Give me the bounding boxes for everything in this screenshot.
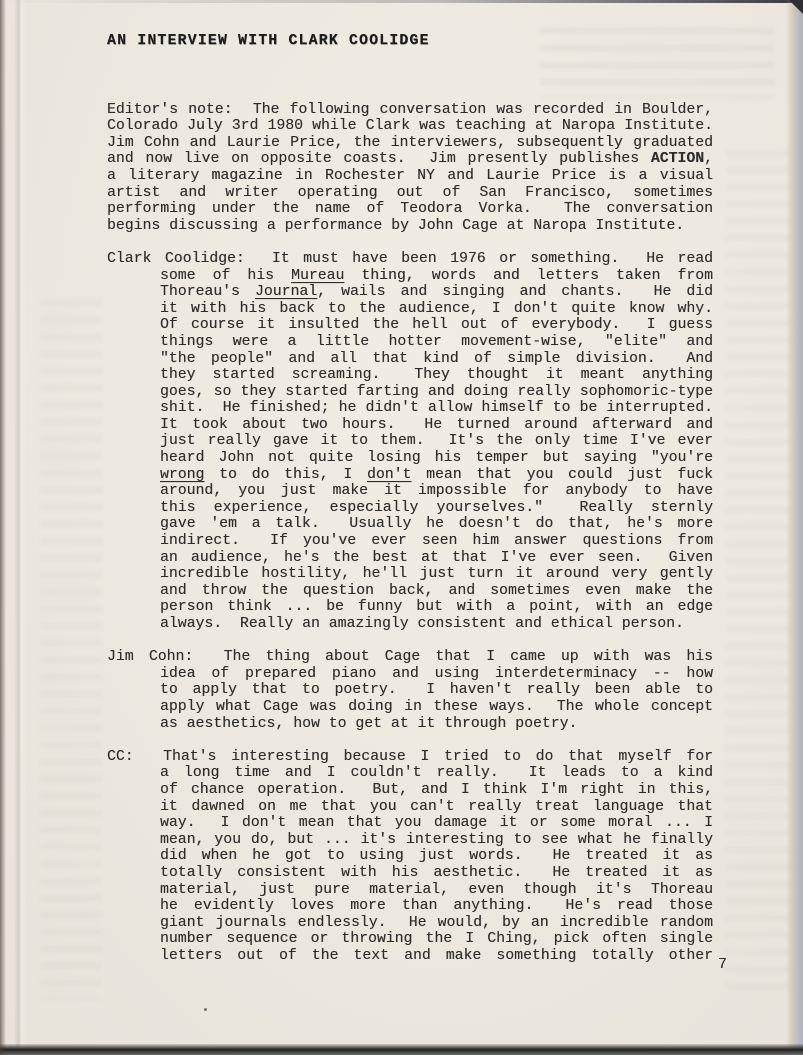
text-line: Jim Cohn: The thing about Cage that I ca…: [107, 649, 713, 666]
text-line: totally consistent with his aesthetic. H…: [160, 865, 713, 882]
text-line: person think ... be funny but with a poi…: [160, 599, 713, 616]
text-line: indirect. If you've ever seen him answer…: [160, 533, 713, 550]
text-line: this experience, especially yourselves."…: [160, 500, 713, 517]
paragraph: CC: That's interesting because I tried t…: [107, 749, 713, 965]
top-edge-shadow: [0, 0, 803, 3]
text-line: letters out of the text and make somethi…: [160, 948, 713, 965]
text-line: Colorado July 3rd 1980 while Clark was t…: [107, 118, 713, 135]
text-line: Editor's note: The following conversatio…: [107, 102, 713, 119]
text-line: heard John not quite losing his temper b…: [160, 450, 713, 467]
text-line: gave 'em a talk. Usually he doesn't do t…: [160, 516, 713, 533]
text-line: shit. He finished; he didn't allow himse…: [160, 400, 713, 417]
text-line: and now live on opposite coasts. Jim pre…: [107, 151, 713, 168]
text-line: it dawned on me that you can't really tr…: [160, 799, 713, 816]
typed-content: AN INTERVIEW WITH CLARK COOLIDGE Editor'…: [107, 33, 713, 981]
text-line: Clark Coolidge: It must have been 1976 o…: [107, 251, 713, 268]
page-number: 7: [718, 957, 727, 973]
paragraph: Clark Coolidge: It must have been 1976 o…: [107, 251, 713, 633]
bleedthrough-smudge: [40, 300, 102, 1000]
text-line: wrong to do this, I don't mean that you …: [160, 467, 713, 484]
bleedthrough-smudge: [725, 150, 790, 990]
text-line: did when he got to using just words. He …: [160, 848, 713, 865]
text-line: it with his back to the audience, I don'…: [160, 301, 713, 318]
text-line: begins discussing a performance by John …: [107, 218, 713, 235]
ink-speck: [204, 1008, 207, 1011]
text-line: "the people" and all that kind of simple…: [160, 351, 713, 368]
text-line: an audience, he's the best at that I've …: [160, 550, 713, 567]
paper-crease: [14, 0, 26, 1047]
text-line: idea of prepared piano and using interde…: [160, 666, 713, 683]
bottom-edge-shadow: [0, 1044, 803, 1055]
paragraph: Editor's note: The following conversatio…: [107, 102, 713, 235]
text-line: he evidently loves more than anything. H…: [160, 898, 713, 915]
text-line: always. Really an amazingly consistent a…: [160, 616, 713, 633]
paragraph: Jim Cohn: The thing about Cage that I ca…: [107, 649, 713, 732]
text-line: a literary magazine in Rochester NY and …: [107, 168, 713, 185]
text-line: some of his Mureau thing, words and lett…: [160, 268, 713, 285]
text-line: way. I don't mean that you damage it or …: [160, 815, 713, 832]
text-line: incredible hostility, he'll just turn it…: [160, 566, 713, 583]
text-line: goes, so they started farting and doing …: [160, 384, 713, 401]
page-title: AN INTERVIEW WITH CLARK COOLIDGE: [107, 33, 713, 50]
text-line: just really gave it to them. It's the on…: [160, 433, 713, 450]
text-line: of chance operation. But, and I think I'…: [160, 782, 713, 799]
text-line: apply what Cage was doing in these ways.…: [160, 699, 713, 716]
text-line: giant journals endlessly. He would, by a…: [160, 915, 713, 932]
scanned-page: AN INTERVIEW WITH CLARK COOLIDGE Editor'…: [0, 0, 803, 1055]
text-line: to apply that to poetry. I haven't reall…: [160, 682, 713, 699]
text-line: performing under the name of Teodora Vor…: [107, 201, 713, 218]
text-line: artist and writer operating out of San F…: [107, 185, 713, 202]
right-edge-shadow: [786, 0, 803, 1055]
text-line: Thoreau's Journal, wails and singing and…: [160, 284, 713, 301]
text-line: material, just pure material, even thoug…: [160, 882, 713, 899]
left-edge-shadow: [0, 0, 6, 1055]
text-line: they started screaming. They thought it …: [160, 367, 713, 384]
text-line: number sequence or throwing the I Ching,…: [160, 931, 713, 948]
text-line: CC: That's interesting because I tried t…: [107, 749, 713, 766]
text-line: Of course it insulted the hell out of ev…: [160, 317, 713, 334]
corner-shade: [789, 0, 803, 14]
text-line: a long time and I couldn't really. It le…: [160, 765, 713, 782]
text-line: around, you just make it impossible for …: [160, 483, 713, 500]
text-line: It took about two hours. He turned aroun…: [160, 417, 713, 434]
text-line: Jim Cohn and Laurie Price, the interview…: [107, 135, 713, 152]
document-body: Editor's note: The following conversatio…: [107, 102, 713, 965]
text-line: as aesthetics, how to get at it through …: [160, 716, 713, 733]
text-line: mean, you do, but ... it's interesting t…: [160, 832, 713, 849]
text-line: things were a little hotter movement-wis…: [160, 334, 713, 351]
text-line: and throw the question back, and sometim…: [160, 583, 713, 600]
